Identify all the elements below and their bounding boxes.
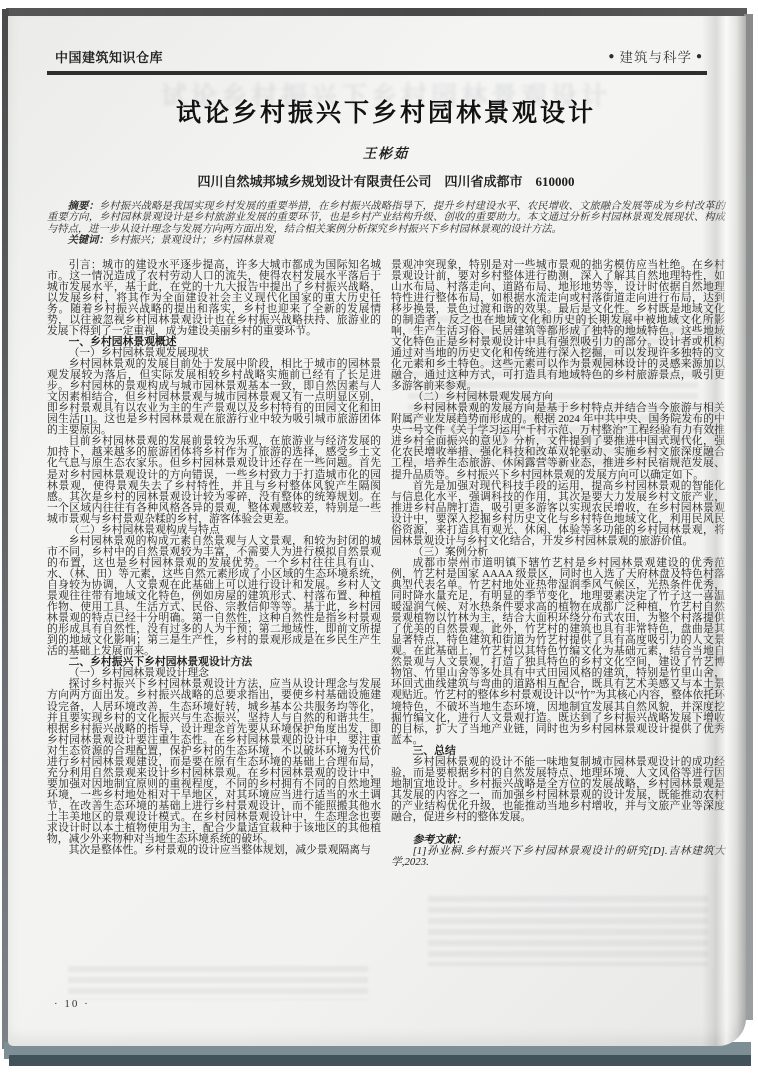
ink-bleedthrough	[428, 896, 708, 966]
scanner-edge-bottom-dark	[9, 1055, 751, 1066]
body-paragraph: 首先是加强对现代科技手段的运用，提高乡村园林景观的智能化与信息化水平，强调科技的…	[391, 481, 725, 547]
intro-paragraph: 引言：城市的建设水平逐步提高，许多大城市都成为国际知名城市。这一情况造成了农村劳…	[47, 260, 381, 337]
keywords-text: 乡村振兴；景观设计；乡村园林景观	[109, 235, 274, 246]
body-paragraph: 乡村园林景观的发展方向是基于乡村特点并结合当今旅游与相关附属产业发展趋势而形成的…	[391, 403, 725, 480]
abstract-paragraph: 摘要：乡村振兴战略是我国实现乡村发展的重要举措，在乡村振兴战略指导下，提升乡村建…	[47, 201, 725, 235]
abstract-label: 摘要：	[68, 201, 99, 212]
affiliation: 四川自然城邦城乡规划设计有限责任公司 四川省成都市 610000	[47, 171, 725, 190]
keywords-line: 关键词：乡村振兴；景观设计；乡村园林景观	[47, 235, 725, 246]
journal-section-badge: ● 建筑与科学 ●	[608, 46, 703, 66]
scanned-journal-page: { "header": { "journal_name": "中国建筑知识仓库"…	[0, 0, 758, 1073]
right-column: 景观冲突现象，特别是对一些城市景观的拙劣模仿应当杜绝。在乡村景观设计前，要对乡村…	[391, 260, 725, 869]
body-paragraph: 乡村园林景观的发展目前处于发展中阶段，相比于城市的园林景观发展较为落后，但实际发…	[47, 359, 381, 436]
body-paragraph: 乡村园林景观的构成元素自然景观与人文景观，和较为封闭的城市不同，乡村中的自然景观…	[47, 536, 381, 658]
body-columns: 引言：城市的建设水平逐步提高，许多大城市都成为国际知名城市。这一情况造成了农村劳…	[47, 260, 725, 869]
bullet-icon: ●	[608, 51, 615, 62]
abstract-text: 乡村振兴战略是我国实现乡村发展的重要举措，在乡村振兴战略指导下，提升乡村建设水平…	[47, 201, 725, 235]
journal-section-label: 建筑与科学	[619, 46, 692, 66]
abstract-block: 摘要：乡村振兴战略是我国实现乡村发展的重要举措，在乡村振兴战略指导下，提升乡村建…	[47, 201, 725, 247]
body-paragraph: 其次是整体性。乡村景观的设计应当整体规划，减少景观隔离与	[47, 845, 381, 856]
body-paragraph: 乡村园林景观的设计不能一味地复制城市园林景观设计的成功经验，而是要根据乡村的自然…	[391, 757, 725, 823]
keywords-label: 关键词：	[68, 235, 109, 246]
left-column: 引言：城市的建设水平逐步提高，许多大城市都成为国际知名城市。这一情况造成了农村劳…	[47, 260, 381, 869]
body-paragraph: 成都市崇州市道明镇下辖竹艺村是乡村园林景观建设的优秀范例，竹艺村是国家 AAAA…	[391, 558, 725, 746]
page-number: · 10 ·	[54, 998, 90, 1010]
page-curl-shadow	[702, 16, 746, 1046]
paper-title: 试论乡村振兴下乡村园林景观设计	[47, 93, 725, 129]
page-content: 中国建筑知识仓库 ● 建筑与科学 ● 试论乡村振兴下乡村园林景观设计 试论乡村振…	[47, 46, 725, 868]
journal-header: 中国建筑知识仓库 ● 建筑与科学 ●	[47, 46, 725, 71]
header-rule	[47, 71, 707, 75]
body-paragraph: 目前乡村园林景观的发展前景较为乐观，在旅游业与经济发展的加持下，越来越多的旅游团…	[47, 436, 381, 524]
ink-bleedthrough	[68, 966, 368, 1000]
paper-page: 中国建筑知识仓库 ● 建筑与科学 ● 试论乡村振兴下乡村园林景观设计 试论乡村振…	[8, 16, 746, 1046]
body-paragraph: 探讨乡村振兴下乡村园林景观设计方法，应当从设计理念与发展方向两方面出发。乡村振兴…	[47, 679, 381, 845]
title-block: 试论乡村振兴下乡村园林景观设计 试论乡村振兴下乡村园林景观设计	[47, 93, 725, 129]
body-paragraph-continuation: 景观冲突现象，特别是对一些城市景观的拙劣模仿应当杜绝。在乡村景观设计前，要对乡村…	[391, 260, 725, 393]
reference-item: [1]孙业桐.乡村振兴下乡村园林景观设计的研究[D].吉林建筑大学,2023.	[391, 846, 725, 868]
journal-name: 中国建筑知识仓库	[55, 47, 163, 66]
author-name: 王彬茹	[47, 142, 725, 162]
